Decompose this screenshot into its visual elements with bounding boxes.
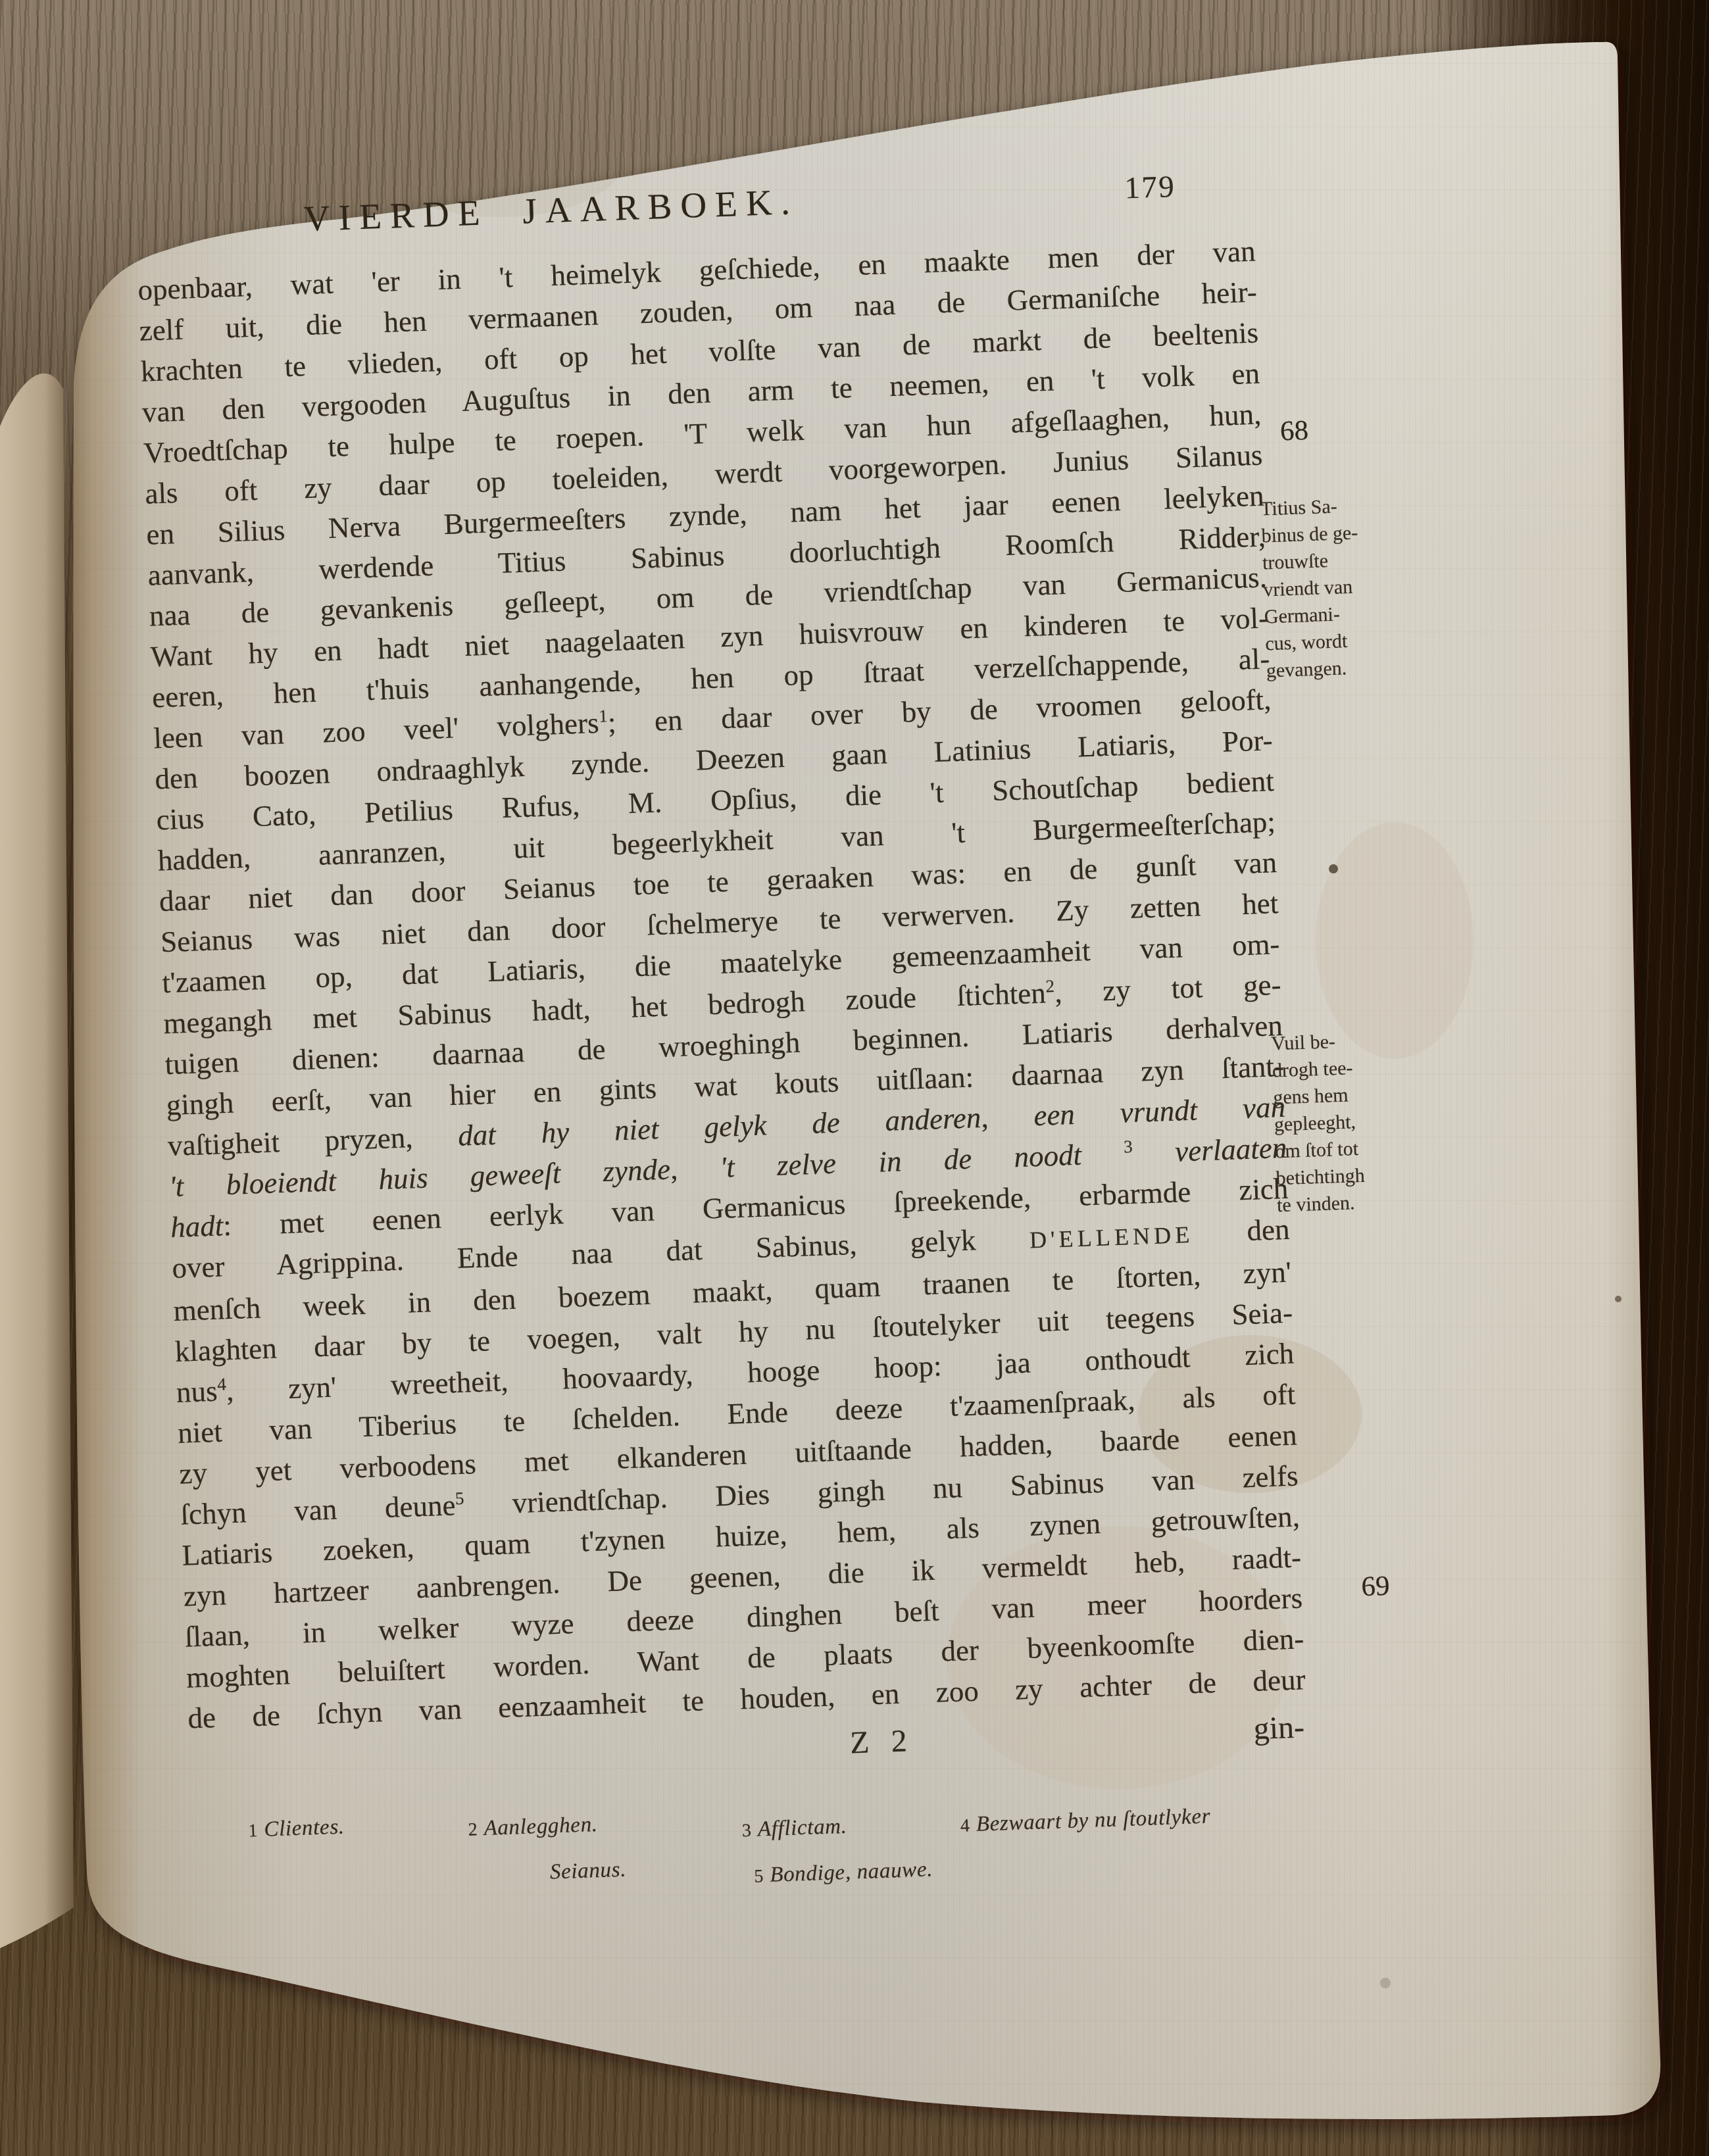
ink-speck <box>1380 1978 1391 1988</box>
text-segment: 2 <box>1045 976 1055 996</box>
text-segment: 5 <box>455 1488 465 1508</box>
footnote-text: Clientes. <box>264 1815 345 1841</box>
text-segment: verlaaten <box>1174 1131 1287 1168</box>
footnote: 5Bondige, naauwe. <box>754 1857 933 1888</box>
text-segment: , zy tot ge- <box>1054 968 1281 1009</box>
page-number: 179 <box>1124 169 1176 207</box>
footnote-number: 2 <box>468 1819 478 1840</box>
footnote-number: 3 <box>741 1821 751 1841</box>
margin-note-line: gevangen. <box>1266 652 1414 685</box>
footnote-text: Bondige, naauwe. <box>770 1857 933 1887</box>
margin-note: Vuil be-drogh tee-gens hemgepleeght,om ſ… <box>1271 1025 1425 1219</box>
left-page-edge <box>0 374 74 1948</box>
text-segment: nus <box>176 1375 218 1409</box>
text-segment: hadt <box>170 1209 224 1244</box>
footnote-text: Seianus. <box>549 1857 626 1884</box>
footnote: 1Clientes. <box>248 1815 345 1842</box>
text-segment: 3 <box>1124 1137 1133 1156</box>
footnote-text: Afflictam. <box>757 1815 847 1842</box>
text-segment: een vrundt van <box>1033 1090 1286 1132</box>
text-segment: 4 <box>217 1374 227 1394</box>
book-photograph: VIERDE JAARBOEK. 179 openbaar, wat 'er i… <box>0 0 1709 2156</box>
footnote: Seianus. <box>543 1857 626 1884</box>
footnote-number: 5 <box>754 1866 764 1886</box>
text-segment: den <box>1193 1213 1290 1249</box>
text-segment: ſchyn van deune <box>180 1488 457 1531</box>
text-segment <box>1132 1135 1176 1169</box>
text-segment: d'ellende <box>1029 1221 1194 1254</box>
ink-speck <box>1615 1296 1622 1302</box>
catchword: gin- <box>1253 1709 1305 1747</box>
margin-section-number: 68 <box>1279 414 1309 447</box>
body-text: openbaar, wat 'er in 't heimelyk geſchie… <box>137 231 1306 1739</box>
text-segment: 1 <box>599 706 608 725</box>
ink-speck <box>1329 864 1338 873</box>
footnote: 3Afflictam. <box>741 1815 847 1843</box>
footnote-number <box>543 1863 543 1884</box>
margin-section-number: 69 <box>1361 1570 1391 1603</box>
margin-note-line: te vinden. <box>1276 1187 1424 1219</box>
footnote-text: Bezwaart by nu ſtoutlyker <box>976 1804 1211 1836</box>
paper-stain <box>1316 822 1474 1059</box>
footnote: 2Aanlegghen. <box>468 1813 598 1842</box>
text-segment: vaſtigheit pryzen, <box>167 1119 458 1162</box>
text-segment: , <box>980 1099 1034 1134</box>
footnote: 4Bezwaart by nu ſtoutlyker <box>960 1804 1211 1837</box>
text-segment: , <box>670 1151 720 1186</box>
printed-page-content: VIERDE JAARBOEK. 179 openbaar, wat 'er i… <box>135 165 1313 1946</box>
margin-note: Titius Sa-binus de ge-trouwſtevriendt va… <box>1260 491 1414 685</box>
footnote-number: 1 <box>248 1821 258 1841</box>
gathering-signature: Z 2 <box>849 1723 914 1761</box>
text-segment <box>1081 1137 1124 1171</box>
footnote-number: 4 <box>960 1815 970 1836</box>
footnote-text: Aanlegghen. <box>483 1813 598 1840</box>
